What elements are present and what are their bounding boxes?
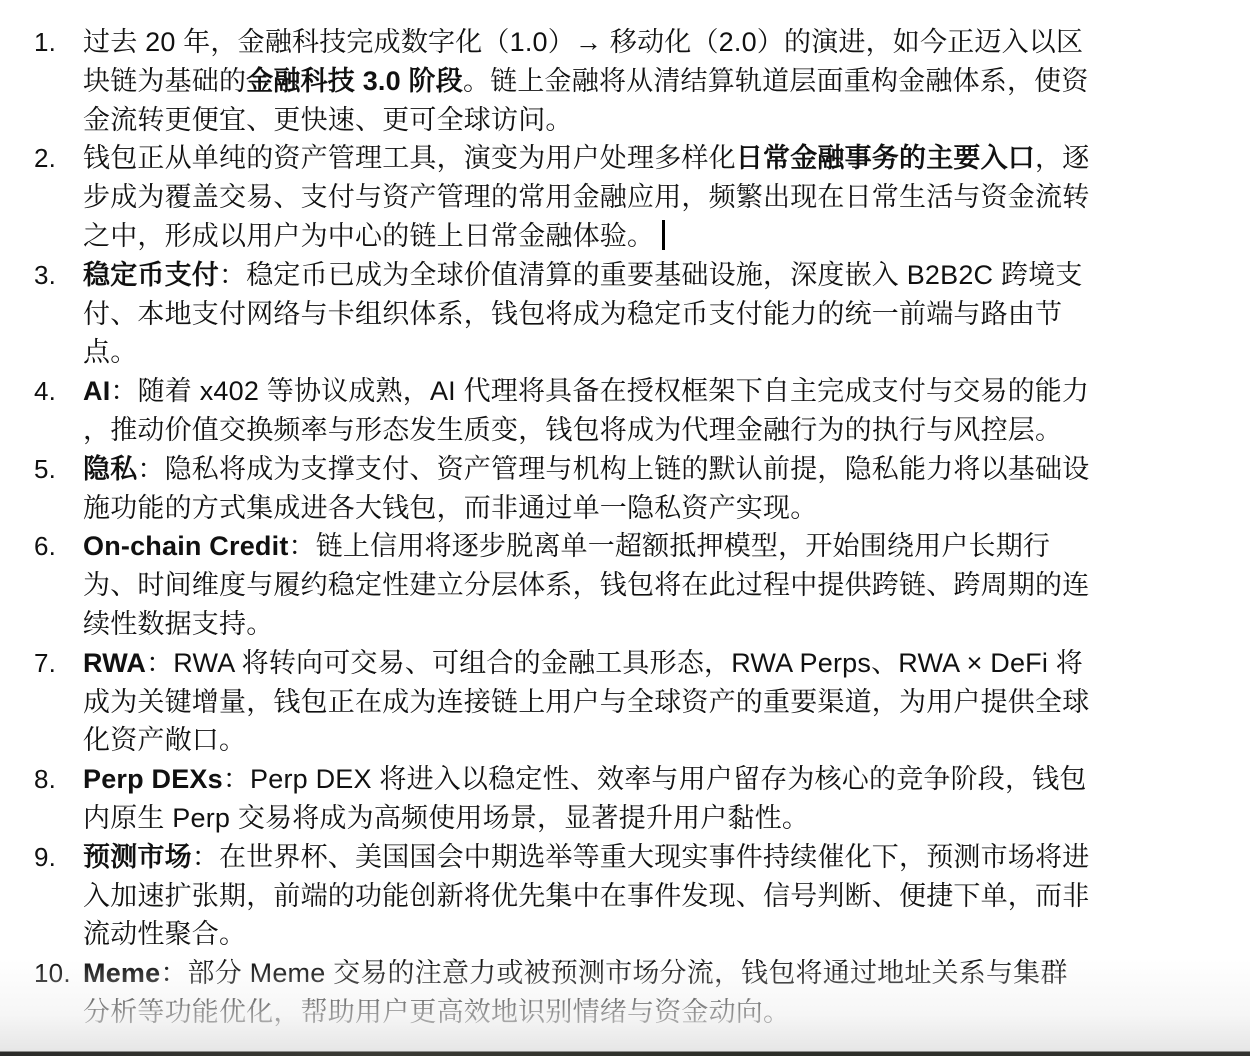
list-item: 1.过去 20 年，金融科技完成数字化（1.0）→ 移动化（2.0）的演进，如今… bbox=[0, 23, 1250, 139]
bold-text: 日常金融事务的主要入口 bbox=[736, 143, 1035, 173]
list-item-number: 1. bbox=[34, 23, 80, 62]
text-segment: 分析等功能优化，帮助用户更高效地识别情绪与资金动向。 bbox=[83, 997, 790, 1027]
bold-text: AI bbox=[83, 376, 110, 406]
text-segment: 钱包正从单纯的资产管理工具，演变为用户处理多样化 bbox=[83, 143, 736, 173]
text-segment: 施功能的方式集成进各大钱包，而非通过单一隐私资产实现。 bbox=[83, 493, 817, 523]
text-segment: 步成为覆盖交易、支付与资产管理的常用金融应用，频繁出现在日常生活与资金流转 bbox=[83, 182, 1089, 212]
text-line: Perp DEXs：Perp DEX 将进入以稳定性、效率与用户留存为核心的竞争… bbox=[83, 760, 1192, 799]
text-segment: ：Perp DEX 将进入以稳定性、效率与用户留存为核心的竞争阶段，钱包 bbox=[223, 764, 1087, 794]
text-line: 施功能的方式集成进各大钱包，而非通过单一隐私资产实现。 bbox=[83, 489, 1192, 528]
text-segment: ：链上信用将逐步脱离单一超额抵押模型，开始围绕用户长期行 bbox=[289, 531, 1051, 561]
text-segment: ：部分 Meme 交易的注意力或被预测市场分流，钱包将通过地址关系与集群 bbox=[160, 958, 1067, 988]
text-segment: 内原生 Perp 交易将成为高频使用场景，显著提升用户黏性。 bbox=[83, 803, 809, 833]
text-line: 分析等功能优化，帮助用户更高效地识别情绪与资金动向。 bbox=[83, 993, 1192, 1032]
text-line: 金流转更便宜、更快速、更可全球访问。 bbox=[83, 101, 1192, 140]
list-item-number: 5. bbox=[34, 450, 80, 489]
text-line: 钱包正从单纯的资产管理工具，演变为用户处理多样化日常金融事务的主要入口，逐 bbox=[83, 139, 1192, 178]
text-line: ，推动价值交换频率与形态发生质变，钱包将成为代理金融行为的执行与风控层。 bbox=[83, 411, 1192, 450]
text-segment: ：稳定币已成为全球价值清算的重要基础设施，深度嵌入 B2B2C 跨境支 bbox=[219, 260, 1083, 290]
text-cursor bbox=[662, 220, 665, 250]
bold-text: 金融科技 3.0 阶段 bbox=[246, 66, 463, 96]
text-line: 块链为基础的金融科技 3.0 阶段。链上金融将从清结算轨道层面重构金融体系，使资 bbox=[83, 62, 1192, 101]
bold-text: 稳定币支付 bbox=[83, 260, 219, 290]
text-segment: 点。 bbox=[83, 337, 137, 367]
bottom-window-edge bbox=[0, 1051, 1250, 1056]
text-line: AI：随着 x402 等协议成熟，AI 代理将具备在授权框架下自主完成支付与交易… bbox=[83, 372, 1192, 411]
list-item-number: 9. bbox=[34, 838, 80, 877]
text-line: RWA：RWA 将转向可交易、可组合的金融工具形态，RWA Perps、RWA … bbox=[83, 644, 1192, 683]
bold-text: 预测市场 bbox=[83, 842, 192, 872]
list-item: 5.隐私：隐私将成为支撑支付、资产管理与机构上链的默认前提，隐私能力将以基础设施… bbox=[0, 450, 1250, 528]
text-segment: 过去 20 年，金融科技完成数字化（1.0）→ 移动化（2.0）的演进，如今正迈… bbox=[83, 27, 1083, 57]
text-segment: 入加速扩张期，前端的功能创新将优先集中在事件发现、信号判断、便捷下单，而非 bbox=[83, 881, 1089, 911]
list-item: 2.钱包正从单纯的资产管理工具，演变为用户处理多样化日常金融事务的主要入口，逐步… bbox=[0, 139, 1250, 255]
document-body: 1.过去 20 年，金融科技完成数字化（1.0）→ 移动化（2.0）的演进，如今… bbox=[0, 23, 1250, 1032]
bold-text: Meme bbox=[83, 958, 160, 988]
text-segment: 金流转更便宜、更快速、更可全球访问。 bbox=[83, 105, 573, 135]
text-line: 步成为覆盖交易、支付与资产管理的常用金融应用，频繁出现在日常生活与资金流转 bbox=[83, 178, 1192, 217]
text-line: Meme：部分 Meme 交易的注意力或被预测市场分流，钱包将通过地址关系与集群 bbox=[83, 954, 1192, 993]
list-item-number: 4. bbox=[34, 372, 80, 411]
text-line: 内原生 Perp 交易将成为高频使用场景，显著提升用户黏性。 bbox=[83, 799, 1192, 838]
text-segment: 块链为基础的 bbox=[83, 66, 246, 96]
text-line: 之中，形成以用户为中心的链上日常金融体验。 bbox=[83, 217, 1192, 256]
text-line: 流动性聚合。 bbox=[83, 915, 1192, 954]
text-line: 预测市场：在世界杯、美国国会中期选举等重大现实事件持续催化下，预测市场将进 bbox=[83, 838, 1192, 877]
list-item-number: 10. bbox=[34, 954, 80, 993]
text-line: On-chain Credit：链上信用将逐步脱离单一超额抵押模型，开始围绕用户… bbox=[83, 527, 1192, 566]
text-segment: ：在世界杯、美国国会中期选举等重大现实事件持续催化下，预测市场将进 bbox=[192, 842, 1090, 872]
text-segment: ，逐 bbox=[1035, 143, 1089, 173]
list-item: 3.稳定币支付：稳定币已成为全球价值清算的重要基础设施，深度嵌入 B2B2C 跨… bbox=[0, 256, 1250, 372]
list-item: 8.Perp DEXs：Perp DEX 将进入以稳定性、效率与用户留存为核心的… bbox=[0, 760, 1250, 838]
list-item: 7.RWA：RWA 将转向可交易、可组合的金融工具形态，RWA Perps、RW… bbox=[0, 644, 1250, 760]
text-line: 付、本地支付网络与卡组织体系，钱包将成为稳定币支付能力的统一前端与路由节 bbox=[83, 295, 1192, 334]
list-item-number: 2. bbox=[34, 139, 80, 178]
bold-text: RWA bbox=[83, 648, 146, 678]
text-line: 入加速扩张期，前端的功能创新将优先集中在事件发现、信号判断、便捷下单，而非 bbox=[83, 877, 1192, 916]
list-item-number: 7. bbox=[34, 644, 80, 683]
text-segment: 流动性聚合。 bbox=[83, 919, 246, 949]
text-line: 过去 20 年，金融科技完成数字化（1.0）→ 移动化（2.0）的演进，如今正迈… bbox=[83, 23, 1192, 62]
bold-text: Perp DEXs bbox=[83, 764, 223, 794]
text-line: 为、时间维度与履约稳定性建立分层体系，钱包将在此过程中提供跨链、跨周期的连 bbox=[83, 566, 1192, 605]
text-segment: 之中，形成以用户为中心的链上日常金融体验。 bbox=[83, 221, 654, 251]
text-segment: 续性数据支持。 bbox=[83, 609, 273, 639]
bold-text: On-chain Credit bbox=[83, 531, 289, 561]
list-item: 9.预测市场：在世界杯、美国国会中期选举等重大现实事件持续催化下，预测市场将进入… bbox=[0, 838, 1250, 954]
list-item: 10.Meme：部分 Meme 交易的注意力或被预测市场分流，钱包将通过地址关系… bbox=[0, 954, 1250, 1032]
bold-text: 隐私 bbox=[83, 454, 137, 484]
list-item-number: 6. bbox=[34, 527, 80, 566]
list-item: 4.AI：随着 x402 等协议成熟，AI 代理将具备在授权框架下自主完成支付与… bbox=[0, 372, 1250, 450]
text-segment: 付、本地支付网络与卡组织体系，钱包将成为稳定币支付能力的统一前端与路由节 bbox=[83, 299, 1062, 329]
text-segment: 化资产敞口。 bbox=[83, 725, 246, 755]
text-segment: 为、时间维度与履约稳定性建立分层体系，钱包将在此过程中提供跨链、跨周期的连 bbox=[83, 570, 1089, 600]
text-line: 化资产敞口。 bbox=[83, 721, 1192, 760]
numbered-list: 1.过去 20 年，金融科技完成数字化（1.0）→ 移动化（2.0）的演进，如今… bbox=[0, 23, 1250, 1032]
text-line: 隐私：隐私将成为支撑支付、资产管理与机构上链的默认前提，隐私能力将以基础设 bbox=[83, 450, 1192, 489]
text-segment: 。链上金融将从清结算轨道层面重构金融体系，使资 bbox=[463, 66, 1089, 96]
text-line: 续性数据支持。 bbox=[83, 605, 1192, 644]
text-line: 稳定币支付：稳定币已成为全球价值清算的重要基础设施，深度嵌入 B2B2C 跨境支 bbox=[83, 256, 1192, 295]
text-line: 成为关键增量，钱包正在成为连接链上用户与全球资产的重要渠道，为用户提供全球 bbox=[83, 683, 1192, 722]
text-segment: ，推动价值交换频率与形态发生质变，钱包将成为代理金融行为的执行与风控层。 bbox=[83, 415, 1062, 445]
list-item: 6.On-chain Credit：链上信用将逐步脱离单一超额抵押模型，开始围绕… bbox=[0, 527, 1250, 643]
text-segment: ：隐私将成为支撑支付、资产管理与机构上链的默认前提，隐私能力将以基础设 bbox=[137, 454, 1089, 484]
list-item-number: 8. bbox=[34, 760, 80, 799]
text-line: 点。 bbox=[83, 333, 1192, 372]
list-item-number: 3. bbox=[34, 256, 80, 295]
text-segment: ：随着 x402 等协议成熟，AI 代理将具备在授权框架下自主完成支付与交易的能… bbox=[110, 376, 1089, 406]
text-segment: 成为关键增量，钱包正在成为连接链上用户与全球资产的重要渠道，为用户提供全球 bbox=[83, 687, 1089, 717]
text-segment: ：RWA 将转向可交易、可组合的金融工具形态，RWA Perps、RWA × D… bbox=[146, 648, 1083, 678]
